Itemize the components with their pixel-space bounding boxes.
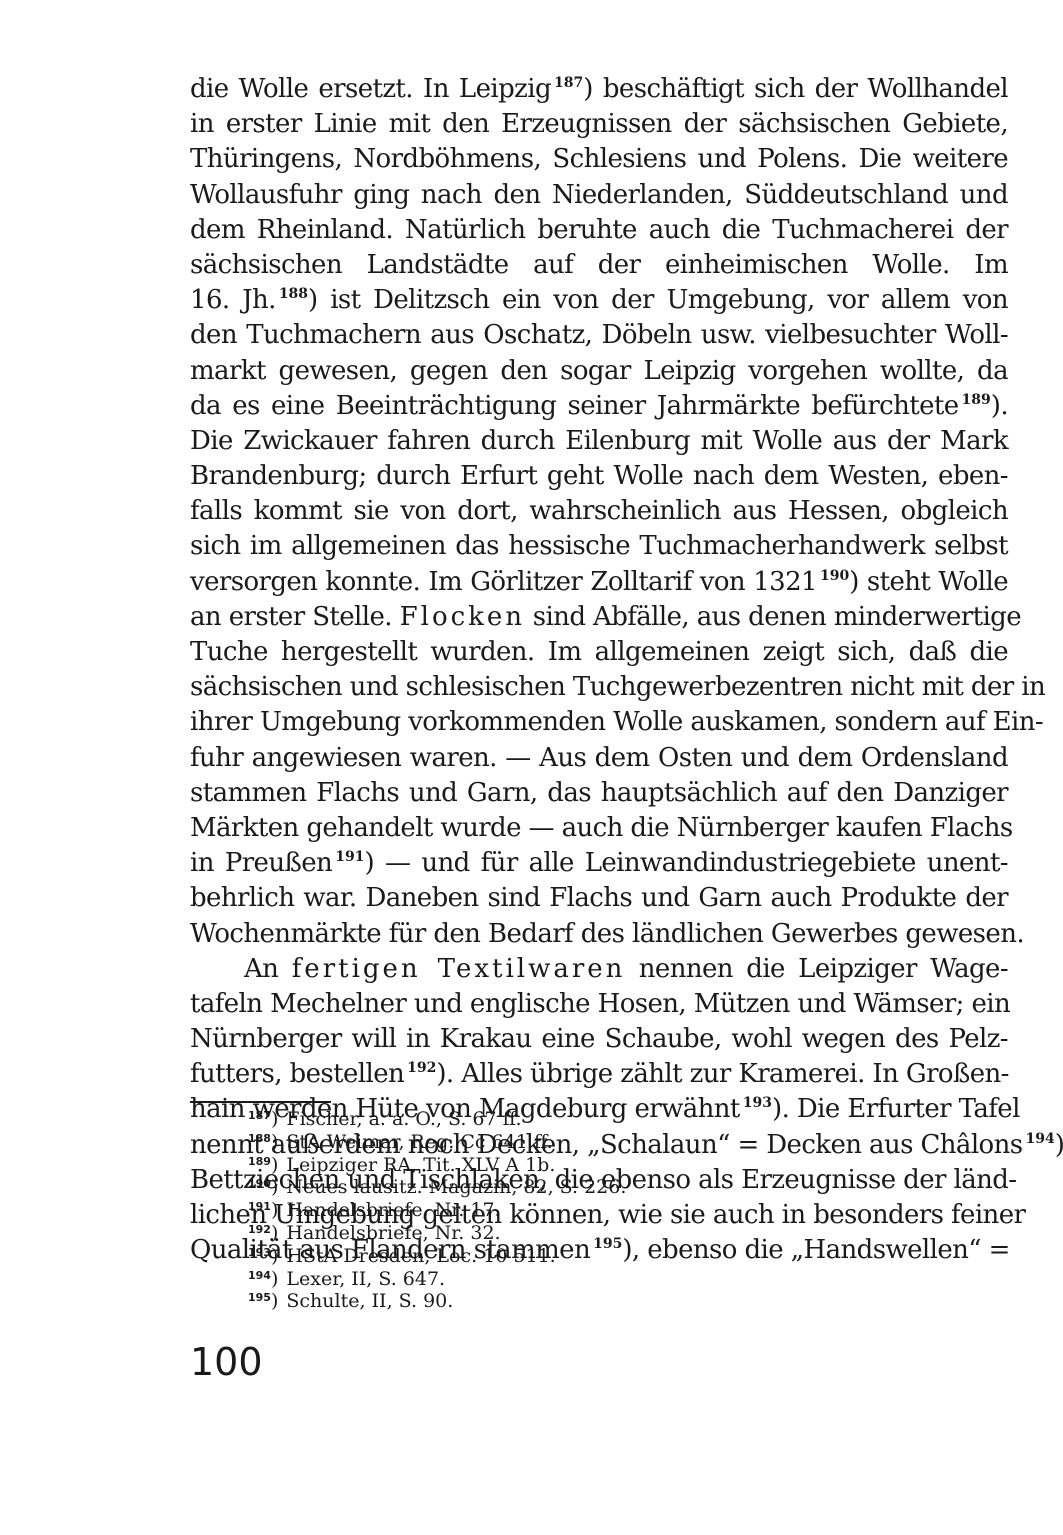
footnotes: 187)Fischer, a. a. O., S. 67 ff.188)StA … bbox=[248, 1108, 626, 1313]
text-line: stammen Flachs und Garn, das hauptsächli… bbox=[190, 776, 1008, 811]
text-line: Nürnberger will in Krakau eine Schaube, … bbox=[190, 1022, 1008, 1057]
footnote-paren: ) bbox=[271, 1108, 278, 1130]
footnote-number: 190 bbox=[248, 1177, 271, 1190]
text-run: Märkten gehandelt wurde — auch die Nürnb… bbox=[190, 813, 1013, 843]
footnote-text: Fischer, a. a. O., S. 67 ff. bbox=[286, 1108, 521, 1130]
footnote-paren: ) bbox=[271, 1222, 278, 1244]
text-run: dem Rheinland. Natürlich beruhte auch di… bbox=[190, 215, 1008, 245]
text-run: An bbox=[244, 954, 292, 984]
footnote-number: 189 bbox=[248, 1155, 271, 1168]
text-line: die Wolle ersetzt. In Leipzig187) beschä… bbox=[190, 72, 1008, 107]
text-line: An fertigen Textilwaren nennen die Leipz… bbox=[190, 952, 1008, 987]
footnote-number: 195 bbox=[248, 1291, 271, 1304]
text-line: falls kommt sie von dort, wahrscheinlich… bbox=[190, 494, 1008, 529]
text-run: Brandenburg; durch Erfurt geht Wolle nac… bbox=[190, 461, 1008, 491]
text-line: da es eine Beeinträchtigung seiner Jahrm… bbox=[190, 389, 1008, 424]
footnote-reference: 189 bbox=[962, 392, 991, 408]
text-run: Tuche hergestellt wurden. Im allgemeinen… bbox=[190, 637, 1008, 667]
text-run: Nürnberger will in Krakau eine Schaube, … bbox=[190, 1024, 1008, 1054]
footnote: 192)Handelsbriefe, Nr. 32. bbox=[248, 1222, 626, 1245]
text-line: Märkten gehandelt wurde — auch die Nürnb… bbox=[190, 811, 1008, 846]
footnote-text: StA Weimar, Reg. Cc 641 ff. bbox=[286, 1131, 552, 1153]
footnote-text: Lexer, II, S. 647. bbox=[286, 1268, 445, 1290]
footnote-number: 194 bbox=[248, 1269, 271, 1282]
footnote-paren: ) bbox=[271, 1131, 278, 1153]
footnote: 195)Schulte, II, S. 90. bbox=[248, 1290, 626, 1313]
footnote-text: Neues lausitz. Magazin, 82, S. 226. bbox=[286, 1176, 626, 1198]
text-run: Die Zwickauer fahren durch Eilenburg mit… bbox=[190, 426, 1008, 456]
text-run: ), bbox=[1055, 1130, 1063, 1160]
text-run: an erster Stelle. bbox=[190, 602, 400, 632]
footnote: 190)Neues lausitz. Magazin, 82, S. 226. bbox=[248, 1176, 626, 1199]
text-run: Wollausfuhr ging nach den Niederlanden, … bbox=[190, 180, 1008, 210]
text-line: sich im allgemeinen das hessische Tuchma… bbox=[190, 529, 1008, 564]
text-line: versorgen konnte. Im Görlitzer Zolltarif… bbox=[190, 565, 1008, 600]
footnote-reference: 191 bbox=[335, 849, 364, 865]
footnote-reference: 187 bbox=[554, 75, 583, 91]
text-run: ). Alles übrige zählt zur Kramerei. In G… bbox=[436, 1059, 1008, 1089]
footnote: 191)Handelsbriefe, Nr. 17. bbox=[248, 1199, 626, 1222]
text-line: Thüringens, Nordböhmens, Schlesiens und … bbox=[190, 142, 1008, 177]
text-run: in erster Linie mit den Erzeugnissen der… bbox=[190, 109, 1008, 139]
footnote-reference: 194 bbox=[1026, 1131, 1055, 1147]
text-run: ) — und für alle Leinwandindustriegebiet… bbox=[364, 848, 1008, 878]
footnote-text: HStA Dresden, Loc. 10 511. bbox=[286, 1245, 555, 1267]
text-run: sächsischen Landstädte auf der einheimis… bbox=[190, 250, 1008, 280]
text-run: Thüringens, Nordböhmens, Schlesiens und … bbox=[190, 144, 1008, 174]
text-line: an erster Stelle. Flocken sind Abfälle, … bbox=[190, 600, 1008, 635]
text-run: sind Abfälle, aus denen minderwertige bbox=[525, 602, 1021, 632]
text-line: Die Zwickauer fahren durch Eilenburg mit… bbox=[190, 424, 1008, 459]
body-text: die Wolle ersetzt. In Leipzig187) beschä… bbox=[190, 72, 1008, 1268]
text-line: markt gewesen, gegen den sogar Leipzig v… bbox=[190, 354, 1008, 389]
text-run: da es eine Beeinträchtigung seiner Jahrm… bbox=[190, 391, 959, 421]
text-line: den Tuchmachern aus Oschatz, Döbeln usw.… bbox=[190, 318, 1008, 353]
footnote-paren: ) bbox=[271, 1154, 278, 1176]
footnote-text: Handelsbriefe, Nr. 17. bbox=[286, 1199, 500, 1221]
text-run: behrlich war. Daneben sind Flachs und Ga… bbox=[190, 883, 1008, 913]
footnote-number: 193 bbox=[248, 1246, 271, 1259]
text-run: ihrer Umgebung vorkommenden Wolle auskam… bbox=[190, 707, 1043, 737]
footnote-paren: ) bbox=[271, 1176, 278, 1198]
text-line: in erster Linie mit den Erzeugnissen der… bbox=[190, 107, 1008, 142]
footnote-number: 192 bbox=[248, 1223, 271, 1236]
text-run: sächsischen und schlesischen Tuchgewerbe… bbox=[190, 672, 1045, 702]
text-run: den Tuchmachern aus Oschatz, Döbeln usw.… bbox=[190, 320, 1008, 350]
text-run: falls kommt sie von dort, wahrscheinlich… bbox=[190, 496, 1008, 526]
footnote-number: 187 bbox=[248, 1109, 271, 1122]
footnote-text: Leipziger RA, Tit. XLV A 1b. bbox=[286, 1154, 555, 1176]
text-line: Brandenburg; durch Erfurt geht Wolle nac… bbox=[190, 459, 1008, 494]
spaced-emphasis: Flocken bbox=[400, 602, 525, 632]
text-run: tafeln Mechelner und englische Hosen, Mü… bbox=[190, 989, 1010, 1019]
footnote-number: 188 bbox=[248, 1132, 271, 1145]
footnote: 188)StA Weimar, Reg. Cc 641 ff. bbox=[248, 1131, 626, 1154]
footnote-text: Schulte, II, S. 90. bbox=[286, 1290, 453, 1312]
page-number: 100 bbox=[190, 1340, 263, 1384]
text-run: Wochenmärkte für den Bedarf des ländlich… bbox=[190, 919, 1024, 949]
footnote: 187)Fischer, a. a. O., S. 67 ff. bbox=[248, 1108, 626, 1131]
footnote-separator-rule bbox=[190, 1101, 331, 1103]
footnote-paren: ) bbox=[271, 1245, 278, 1267]
spaced-emphasis: fertigen Textilwaren bbox=[292, 954, 626, 984]
text-line: 16. Jh.188) ist Delitzsch ein von der Um… bbox=[190, 283, 1008, 318]
text-run: die Wolle ersetzt. In Leipzig bbox=[190, 74, 551, 104]
text-run: ) steht Wolle bbox=[849, 567, 1008, 597]
text-line: tafeln Mechelner und englische Hosen, Mü… bbox=[190, 987, 1008, 1022]
text-line: ihrer Umgebung vorkommenden Wolle auskam… bbox=[190, 705, 1008, 740]
text-run: markt gewesen, gegen den sogar Leipzig v… bbox=[190, 356, 1008, 386]
text-line: Wollausfuhr ging nach den Niederlanden, … bbox=[190, 178, 1008, 213]
footnote-reference: 192 bbox=[407, 1060, 436, 1076]
text-run: fuhr angewiesen waren. — Aus dem Osten u… bbox=[190, 743, 1008, 773]
text-run: sich im allgemeinen das hessische Tuchma… bbox=[190, 531, 1008, 561]
text-line: behrlich war. Daneben sind Flachs und Ga… bbox=[190, 881, 1008, 916]
footnote: 189)Leipziger RA, Tit. XLV A 1b. bbox=[248, 1154, 626, 1177]
text-line: in Preußen191) — und für alle Leinwandin… bbox=[190, 846, 1008, 881]
text-run: stammen Flachs und Garn, das hauptsächli… bbox=[190, 778, 1008, 808]
text-line: fuhr angewiesen waren. — Aus dem Osten u… bbox=[190, 741, 1008, 776]
text-run: ), ebenso die „Handswellen“ = bbox=[622, 1235, 1009, 1265]
text-line: Wochenmärkte für den Bedarf des ländlich… bbox=[190, 917, 1008, 952]
footnote: 194)Lexer, II, S. 647. bbox=[248, 1268, 626, 1291]
text-run: ) beschäftigt sich der Wollhandel bbox=[583, 74, 1008, 104]
footnote-reference: 190 bbox=[820, 568, 849, 584]
footnote: 193)HStA Dresden, Loc. 10 511. bbox=[248, 1245, 626, 1268]
text-line: sächsischen Landstädte auf der einheimis… bbox=[190, 248, 1008, 283]
footnote-reference: 188 bbox=[279, 286, 308, 302]
text-run: ) ist Delitzsch ein von der Umgebung, vo… bbox=[308, 285, 1008, 315]
text-run: nennen die Leipziger Wage- bbox=[625, 954, 1008, 984]
text-run: ). Die Erfurter Tafel bbox=[772, 1094, 1020, 1124]
text-line: futters, bestellen192). Alles übrige zäh… bbox=[190, 1057, 1008, 1092]
text-run: in Preußen bbox=[190, 848, 332, 878]
footnote-paren: ) bbox=[271, 1268, 278, 1290]
text-run: futters, bestellen bbox=[190, 1059, 404, 1089]
text-run: versorgen konnte. Im Görlitzer Zolltarif… bbox=[190, 567, 817, 597]
footnote-paren: ) bbox=[271, 1290, 278, 1312]
text-run: 16. Jh. bbox=[190, 285, 276, 315]
footnote-paren: ) bbox=[271, 1199, 278, 1221]
text-line: Tuche hergestellt wurden. Im allgemeinen… bbox=[190, 635, 1008, 670]
footnote-number: 191 bbox=[248, 1200, 271, 1213]
text-line: dem Rheinland. Natürlich beruhte auch di… bbox=[190, 213, 1008, 248]
footnote-text: Handelsbriefe, Nr. 32. bbox=[286, 1222, 500, 1244]
text-run: ). bbox=[991, 391, 1008, 421]
footnote-reference: 193 bbox=[743, 1095, 772, 1111]
text-line: sächsischen und schlesischen Tuchgewerbe… bbox=[190, 670, 1008, 705]
